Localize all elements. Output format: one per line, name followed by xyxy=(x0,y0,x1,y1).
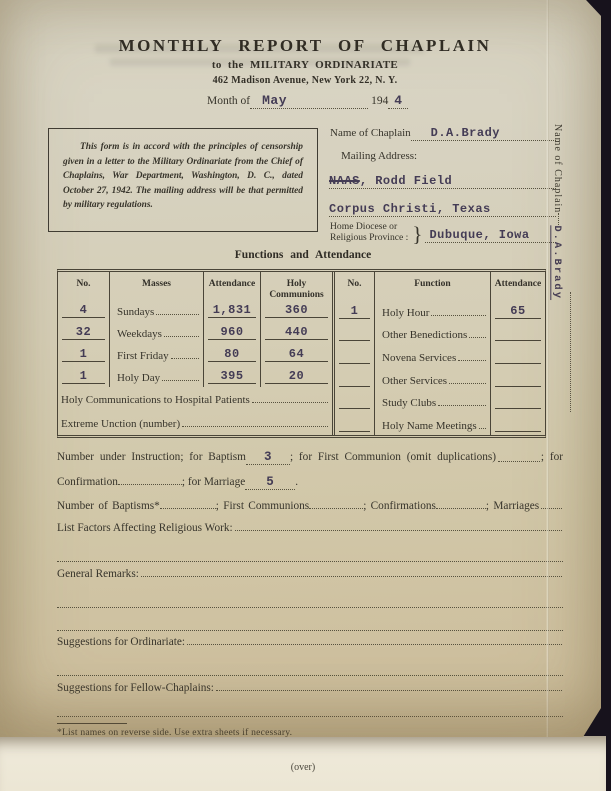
blank-line xyxy=(265,339,328,340)
chaplain-name-field: D.A.Brady xyxy=(411,126,556,141)
baptisms-count-label: Number of Baptisms* xyxy=(57,500,160,512)
table-cell xyxy=(335,390,375,413)
masses-no-value: 1 xyxy=(58,369,109,383)
under-sheet: (over) xyxy=(0,736,606,791)
table-cell: 395 xyxy=(204,365,261,387)
extreme-unction-row: Extreme Unction (number) xyxy=(58,411,332,435)
blank-line xyxy=(339,363,370,364)
dotted-leader xyxy=(556,213,559,225)
table-cell: 960 xyxy=(204,321,261,343)
table-cell: First Friday xyxy=(110,343,204,365)
col-header-attendance: Attendance xyxy=(204,272,261,299)
col-header-attendance: Attendance xyxy=(491,272,545,299)
table-cell: 360 xyxy=(261,299,332,321)
table-cell: Holy Day xyxy=(110,365,204,387)
blank-line xyxy=(62,317,105,318)
communions-value: 440 xyxy=(261,325,332,339)
hospital-communions-row: Holy Communications to Hospital Patients xyxy=(58,387,332,411)
table-cell xyxy=(335,367,375,390)
communions-value: 20 xyxy=(261,369,332,383)
col-header-no: No. xyxy=(335,272,375,299)
dotted-leader xyxy=(431,315,486,316)
dotted-leader xyxy=(252,402,328,403)
marriages-count-label: ; Marriages xyxy=(486,500,539,512)
margin-vertical-text: Name of ChaplainD.A.Brady xyxy=(551,124,563,434)
margin-dotted-line xyxy=(570,292,571,412)
first-communions-count-label: ; First Communions xyxy=(216,500,309,512)
functions-table: No. Function Attendance 1 Holy Hour 65 O… xyxy=(332,272,545,435)
instruction-baptism-label: Number under Instruction; for Baptism xyxy=(57,451,246,463)
ordinariate-address: 462 Madison Avenue, New York 22, N. Y. xyxy=(40,75,570,86)
table-cell: 32 xyxy=(58,321,110,343)
table-cell xyxy=(335,322,375,345)
blank-line xyxy=(208,383,256,384)
blank-line xyxy=(208,339,256,340)
scanned-document-page: (over) MONTHLY REPORT OF CHAPLAIN to the… xyxy=(0,0,611,791)
blank-line xyxy=(339,340,370,341)
dotted-leader xyxy=(216,690,562,691)
over-label: (over) xyxy=(0,736,606,773)
form-subtitle: to the MILITARY ORDINARIATE xyxy=(40,59,570,71)
month-label: Month of xyxy=(207,95,250,107)
address-line-1: NAAS , Rodd Field xyxy=(329,174,556,189)
marriage-label: ; for Marriage xyxy=(182,476,245,488)
table-cell xyxy=(491,367,545,390)
diocese-label-line2: Religious Province : xyxy=(330,232,408,243)
blank-line xyxy=(495,340,541,341)
table-cell xyxy=(491,390,545,413)
confirmation-field xyxy=(118,484,182,485)
dotted-leader xyxy=(162,380,199,381)
table-cell xyxy=(491,344,545,367)
ordinariate-suggestions-label: Suggestions for Ordinariate: xyxy=(57,636,185,648)
paper-crease xyxy=(546,0,549,737)
blank-line xyxy=(62,339,105,340)
month-value: May xyxy=(262,93,287,108)
blank-line xyxy=(339,408,370,409)
table-cell xyxy=(335,412,375,435)
dotted-leader xyxy=(171,358,199,359)
dotted-leader xyxy=(156,314,199,315)
blank-line xyxy=(208,361,256,362)
remarks-line: General Remarks: xyxy=(57,568,563,580)
address-struck-value: NAAS xyxy=(329,174,360,188)
communions-count-field xyxy=(309,508,363,509)
table-cell: 64 xyxy=(261,343,332,365)
blank-line xyxy=(62,383,105,384)
ordinariate-suggestions-line: Suggestions for Ordinariate: xyxy=(57,636,563,648)
masses-no-value: 4 xyxy=(58,303,109,317)
table-cell xyxy=(335,344,375,367)
instruction-line-2: Confirmation ; for Marriage 5 . xyxy=(57,475,563,490)
dotted-leader xyxy=(438,405,486,406)
table-cell: Other Services xyxy=(375,367,491,390)
attendance-value: 960 xyxy=(204,325,260,339)
year-field: 4 xyxy=(388,93,408,109)
unction-row-label: Extreme Unction (number) xyxy=(61,418,180,430)
baptisms-count-field xyxy=(160,508,216,509)
mass-row-label: Holy Day xyxy=(117,372,160,384)
write-in-rule xyxy=(57,607,563,608)
chaplain-name-value: D.A.Brady xyxy=(431,126,500,140)
factors-line: List Factors Affecting Religious Work: xyxy=(57,522,563,534)
marriage-instruction-value: 5 xyxy=(266,475,274,489)
dotted-leader xyxy=(458,360,486,361)
instruction-communion-label: ; for First Communion (omit duplications… xyxy=(290,451,496,463)
table-cell: 65 xyxy=(491,299,545,322)
write-in-rule xyxy=(57,675,563,676)
address-rest-value: , Rodd Field xyxy=(360,174,452,188)
masses-no-value: 32 xyxy=(58,325,109,339)
function-row-label: Study Clubs xyxy=(382,397,436,409)
function-attendance-value: 65 xyxy=(491,304,545,318)
attendance-value: 80 xyxy=(204,347,260,361)
table-cell: 80 xyxy=(204,343,261,365)
blank-line xyxy=(495,431,541,432)
table-cell: 1 xyxy=(58,365,110,387)
year-prefix: 194 xyxy=(371,95,388,107)
function-row-label: Holy Name Meetings xyxy=(382,420,477,432)
blank-line xyxy=(495,363,541,364)
margin-name-label: Name of Chaplain xyxy=(552,124,563,213)
confirmations-count-field xyxy=(436,508,486,509)
diocese-label: Home Diocese or Religious Province : xyxy=(330,221,408,243)
mass-row-label: Weekdays xyxy=(117,328,162,340)
table-cell xyxy=(491,412,545,435)
footnote-rule xyxy=(57,723,127,724)
col-header-no: No. xyxy=(58,272,110,299)
form-title: MONTHLY REPORT OF CHAPLAIN xyxy=(40,36,570,56)
write-in-rule xyxy=(57,561,563,562)
blank-line xyxy=(208,317,256,318)
blank-line xyxy=(265,317,328,318)
col-header-communions: Holy Communions xyxy=(261,272,332,299)
diocese-brace: } xyxy=(412,225,422,243)
baptism-instruction-field: 3 xyxy=(246,450,290,465)
table-cell xyxy=(491,322,545,345)
baptism-instruction-value: 3 xyxy=(264,450,272,464)
instruction-for-label: ; for xyxy=(541,451,563,463)
diocese-label-line1: Home Diocese or xyxy=(330,221,397,232)
fellow-chaplains-label: Suggestions for Fellow-Chaplains: xyxy=(57,682,214,694)
diocese-field: Dubuque, Iowa xyxy=(425,228,556,243)
dotted-leader xyxy=(541,508,562,509)
communions-value: 64 xyxy=(261,347,332,361)
dotted-leader xyxy=(498,461,540,462)
month-field: May xyxy=(250,93,368,109)
form-sheet: MONTHLY REPORT OF CHAPLAIN to the MILITA… xyxy=(0,0,601,737)
col-header-masses: Masses xyxy=(110,272,204,299)
write-in-rule xyxy=(57,630,563,631)
dotted-leader xyxy=(182,426,328,427)
dotted-leader xyxy=(235,530,562,531)
chaplain-name-label: Name of Chaplain xyxy=(330,127,411,139)
masses-no-value: 1 xyxy=(58,347,109,361)
functions-attendance-title: Functions and Attendance xyxy=(60,249,546,261)
address-line-2: Corpus Christi, Texas xyxy=(329,202,556,217)
table-cell: Holy Name Meetings xyxy=(375,412,491,435)
dotted-leader xyxy=(449,383,486,384)
blank-line xyxy=(339,318,370,319)
confirmation-label: Confirmation xyxy=(57,476,118,488)
blank-line xyxy=(339,431,370,432)
table-cell: 4 xyxy=(58,299,110,321)
footnote: *List names on reverse side. Use extra s… xyxy=(57,727,292,738)
diocese-line: Home Diocese or Religious Province : } D… xyxy=(330,221,556,243)
table-cell: Other Benedictions xyxy=(375,322,491,345)
table-cell: Study Clubs xyxy=(375,390,491,413)
censorship-notice-text: This form is in accord with the principl… xyxy=(63,142,303,210)
table-cell: 20 xyxy=(261,365,332,387)
table-cell: 1 xyxy=(58,343,110,365)
table-cell: Holy Hour xyxy=(375,299,491,322)
period: . xyxy=(295,476,298,488)
blank-line xyxy=(265,361,328,362)
table-cell: Weekdays xyxy=(110,321,204,343)
instruction-line-1: Number under Instruction; for Baptism 3 … xyxy=(57,450,563,465)
dotted-leader xyxy=(164,336,199,337)
table-cell: Novena Services xyxy=(375,344,491,367)
masses-table: No. Masses Attendance Holy Communions 4 … xyxy=(58,272,332,435)
function-row-label: Novena Services xyxy=(382,352,456,364)
mass-row-label: Sundays xyxy=(117,306,154,318)
dotted-leader xyxy=(469,337,486,338)
margin-name-value: D.A.Brady xyxy=(551,225,563,300)
chaplain-name-line: Name of Chaplain D.A.Brady xyxy=(330,126,556,141)
functions-attendance-table: No. Masses Attendance Holy Communions 4 … xyxy=(57,269,546,438)
remarks-label: General Remarks: xyxy=(57,568,139,580)
function-row-label: Other Services xyxy=(382,375,447,387)
blank-line xyxy=(495,408,541,409)
fellow-chaplains-line: Suggestions for Fellow-Chaplains: xyxy=(57,682,563,694)
address-city-value: Corpus Christi, Texas xyxy=(329,202,491,216)
mass-row-label: First Friday xyxy=(117,350,169,362)
table-cell: 1 xyxy=(335,299,375,322)
censorship-notice-box: This form is in accord with the principl… xyxy=(48,128,318,232)
mailing-address-label: Mailing Address: xyxy=(341,150,417,162)
blank-line xyxy=(265,383,328,384)
sacraments-line: Number of Baptisms* ; First Communions ;… xyxy=(57,500,563,512)
table-cell: 1,831 xyxy=(204,299,261,321)
attendance-value: 1,831 xyxy=(204,303,260,317)
dotted-leader xyxy=(479,428,486,429)
dotted-leader xyxy=(187,644,562,645)
blank-line xyxy=(62,361,105,362)
table-cell: 440 xyxy=(261,321,332,343)
blank-line xyxy=(495,318,541,319)
write-in-rule xyxy=(57,716,563,717)
table-cell: Sundays xyxy=(110,299,204,321)
month-line: Month of May 194 4 xyxy=(207,93,437,109)
blank-line xyxy=(339,386,370,387)
diocese-value: Dubuque, Iowa xyxy=(425,228,529,242)
function-no-value: 1 xyxy=(335,304,374,318)
factors-label: List Factors Affecting Religious Work: xyxy=(57,522,233,534)
attendance-value: 395 xyxy=(204,369,260,383)
confirmations-count-label: ; Confirmations xyxy=(363,500,436,512)
year-value: 4 xyxy=(394,93,402,108)
function-row-label: Holy Hour xyxy=(382,307,429,319)
dotted-leader xyxy=(141,576,562,577)
col-header-function: Function xyxy=(375,272,491,299)
marriage-field: 5 xyxy=(245,475,295,490)
function-row-label: Other Benedictions xyxy=(382,329,467,341)
blank-line xyxy=(495,386,541,387)
communions-value: 360 xyxy=(261,303,332,317)
hospital-row-label: Holy Communications to Hospital Patients xyxy=(61,394,250,406)
